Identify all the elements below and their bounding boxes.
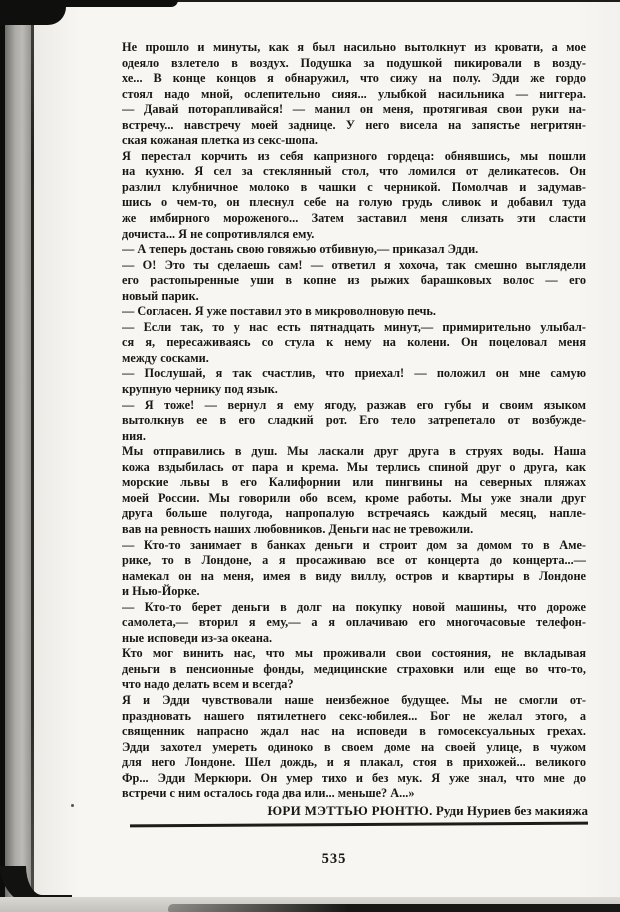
text-line: ные исповеди из-за океана. (122, 631, 586, 647)
attribution-author: ЮРИ МЭТТЬЮ РЮНТЮ. (267, 803, 432, 818)
text-line: его растопыренные уши в копне из рыжих б… (122, 273, 586, 289)
text-line: — Согласен. Я уже поставил это в микрово… (122, 304, 586, 320)
text-line: ская кожаная плетка из секс-шопа. (122, 133, 586, 149)
text-line: Мы отправились в душ. Мы ласкали друг др… (122, 444, 586, 460)
text-line: — Если так, то у нас есть пятнадцать мин… (122, 320, 586, 336)
text-line: дочиста... Я не сопротивлялся ему. (122, 227, 586, 243)
text-line: священник напрасно ждал нас на исповеди … (122, 724, 586, 740)
text-line: Я перестал корчить из себя капризного го… (122, 149, 586, 165)
text-line: друга больше полугода, напропалую встреч… (122, 506, 586, 522)
text-line: стоял надо мной, ослепительно сияя... ул… (122, 87, 586, 103)
text-line: встречи с ним осталось года два или... м… (122, 786, 586, 802)
text-line: ся я, пересаживаясь со стула к нему на к… (122, 335, 586, 351)
text-line: кожа вздыбилась от пара и крема. Мы терл… (122, 460, 586, 476)
text-line: Эдди захотел умереть одиноко в своем дом… (122, 740, 586, 756)
page-edge-line (31, 0, 34, 912)
text-line: одеяло взлетело в воздух. Подушка за под… (122, 56, 586, 72)
text-line: праздновать нашего пятилетнего секс-юбил… (122, 709, 586, 725)
text-line: для него Лондоне. Шел дождь, и я плакал,… (122, 755, 586, 771)
text-line: — О! Это ты сделаешь сам! — ответил я хо… (122, 258, 586, 274)
text-line: ния. (122, 429, 586, 445)
text-line: хе... В конце концов я обнаружил, что си… (122, 71, 586, 87)
text-line: морские львы в его Калифорнии или пингви… (122, 475, 586, 491)
text-line: крупную чернику под язык. (122, 382, 586, 398)
scan-noise-dot (71, 804, 74, 807)
text-line: шись о чем-то, он плеснул себе на голую … (122, 195, 586, 211)
text-line: и Нью-Йорке. (122, 584, 586, 600)
text-line: — А теперь достань свою говяжью отбивную… (122, 242, 586, 258)
text-line: на кухню. Я сел за стеклянный стол, что … (122, 164, 586, 180)
text-line: — Послушай, я так счастлив, что приехал!… (122, 366, 586, 382)
text-line: — Кто-то берет деньги в долг на покупку … (122, 600, 586, 616)
text-line: вав на ревность наших любовников. Деньги… (122, 522, 586, 538)
text-line: самолета,— вторил я ему,— а я оплачиваю … (122, 615, 586, 631)
body-text: Не прошло и минуты, как я был насильно в… (122, 40, 586, 802)
text-line: встречу... навстречу моей заднице. У нег… (122, 118, 586, 134)
text-line: между сосками. (122, 351, 586, 367)
text-line: Фр... Эдди Меркюри. Он умер тихо и без м… (122, 771, 586, 787)
scanned-book-page: Не прошло и минуты, как я был насильно в… (0, 0, 620, 912)
text-line: новый парик. (122, 289, 586, 305)
text-line: рике, то в Лондоне, а я просаживаю все о… (122, 553, 586, 569)
text-line: деньги в пенсионные фонды, медицинские с… (122, 662, 586, 678)
text-line: — Я тоже! — вернул я ему ягоду, разжав е… (122, 398, 586, 414)
text-line: моей России. Мы говорили обо всем, кроме… (122, 491, 586, 507)
attribution: ЮРИ МЭТТЬЮ РЮНТЮ. Руди Нуриев без макияж… (122, 803, 588, 819)
text-line: — Кто-то занимает в банках деньги и стро… (122, 538, 586, 554)
text-line: Я и Эдди чувствовали наше неизбежное буд… (122, 693, 586, 709)
page-number: 535 (122, 851, 546, 868)
scan-corner-top-left-thick (0, 0, 66, 25)
text-line: Не прошло и минуты, как я был насильно в… (122, 40, 586, 56)
scan-bottom-edge (168, 904, 620, 912)
text-line: намекал он на меня, имея в виду виллу, о… (122, 569, 586, 585)
text-line: что надо делать всем и всегда? (122, 677, 586, 693)
attribution-work-title: Руди Нуриев без макияжа (433, 803, 588, 818)
text-line: — Давай поторапливайся! — манил он меня,… (122, 102, 586, 118)
text-line: разлил клубничное молоко в чашки с черни… (122, 180, 586, 196)
text-line: вытолкнув ее в его сладкий рот. Его тело… (122, 413, 586, 429)
page-gutter-curve (5, 0, 31, 912)
text-line: Кто мог винить нас, что мы проживали сво… (122, 646, 586, 662)
text-line: же имбирного мороженого... Затем застави… (122, 211, 586, 227)
